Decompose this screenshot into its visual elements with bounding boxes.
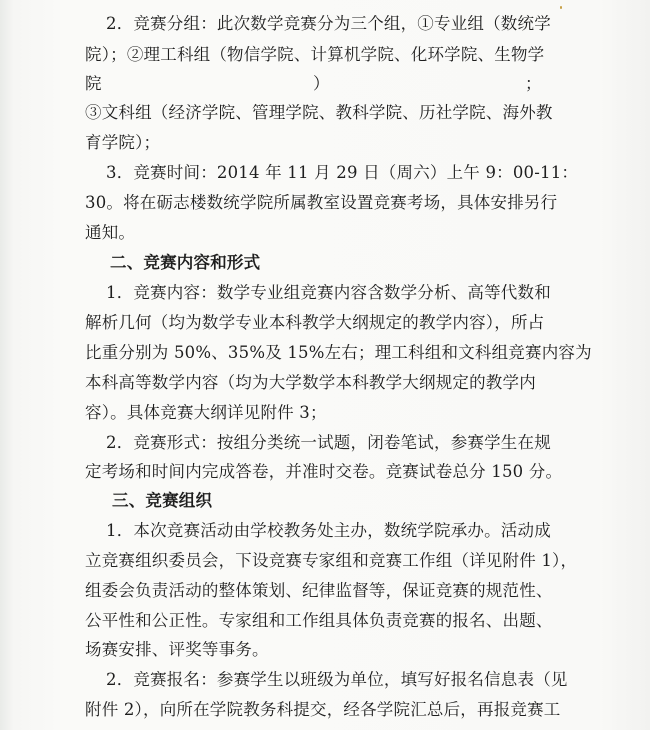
paragraph-line: 育学院）； xyxy=(85,133,160,153)
section-heading: 三、竞赛组织 xyxy=(112,491,212,511)
paragraph-line: 本科高等数学内容（均为大学数学本科教学大纲规定的教学内 xyxy=(85,373,536,393)
paragraph-line: 场赛安排、评奖等事务。 xyxy=(85,640,269,660)
paragraph-line: 2．竞赛形式：按组分类统一试题，闭卷笔试，参赛学生在规 xyxy=(106,433,551,453)
line-text: 院 xyxy=(85,74,102,93)
section-heading: 二、竞赛内容和形式 xyxy=(110,253,260,273)
paragraph-line: 2．竞赛分组：此次数学竞赛分为三个组，①专业组（数统学 xyxy=(106,14,551,34)
paragraph-line: 立竞赛组织委员会，下设竞赛专家组和竞赛工作组（详见附件 1）， xyxy=(85,551,577,571)
paragraph-line: 1．竞赛内容：数学专业组竞赛内容含数学分析、高等代数和 xyxy=(106,283,551,303)
paragraph-line: 通知。 xyxy=(85,223,135,243)
paragraph-line: 30。将在砺志楼数统学院所属教室设置竞赛考场，具体安排另行 xyxy=(85,193,557,213)
paragraph-line: 组委会负责活动的整体策划、纪律监督等，保证竞赛的规范性、 xyxy=(85,581,553,601)
paragraph-line: 定考场和时间内完成答卷，并准时交卷。竞赛试卷总分 150 分。 xyxy=(85,462,562,482)
line-text: ） xyxy=(313,74,330,94)
paragraph-line: 院 ） ； xyxy=(85,74,545,94)
paragraph-line: 解析几何（均为数学专业本科教学大纲规定的教学内容），所占 xyxy=(85,313,544,333)
paragraph-line: 3．竞赛时间：2014 年 11 月 29 日（周六）上午 9：00-11： xyxy=(106,163,578,183)
paragraph-line: 容）。具体竞赛大纲详见附件 3； xyxy=(85,403,327,423)
paragraph-line: 1．本次竞赛活动由学校教务处主办，数统学院承办。活动成 xyxy=(106,521,551,541)
paragraph-line: 2．竞赛报名：参赛学生以班级为单位，填写好报名信息表（见 xyxy=(106,670,568,690)
scanned-document-page: 2．竞赛分组：此次数学竞赛分为三个组，①专业组（数统学 院）；②理工科组（物信学… xyxy=(0,0,650,730)
line-text: ； xyxy=(525,74,542,94)
paragraph-line: 公平性和公正性。专家组和工作组具体负责竞赛的报名、出题、 xyxy=(85,611,553,631)
paragraph-line: 比重分别为 50%、35%及 15%左右；理工科组和文科组竞赛内容为 xyxy=(85,343,592,363)
paragraph-line: 院）；②理工科组（物信学院、计算机学院、化环学院、生物学 xyxy=(85,45,544,65)
paragraph-line: ③文科组（经济学院、管理学院、教科学院、历社学院、海外教 xyxy=(85,103,553,123)
ink-spot xyxy=(560,6,562,9)
paragraph-line: 附件 2），向所在学院教务科提交，经各学院汇总后，再报竞赛工 xyxy=(85,700,561,720)
